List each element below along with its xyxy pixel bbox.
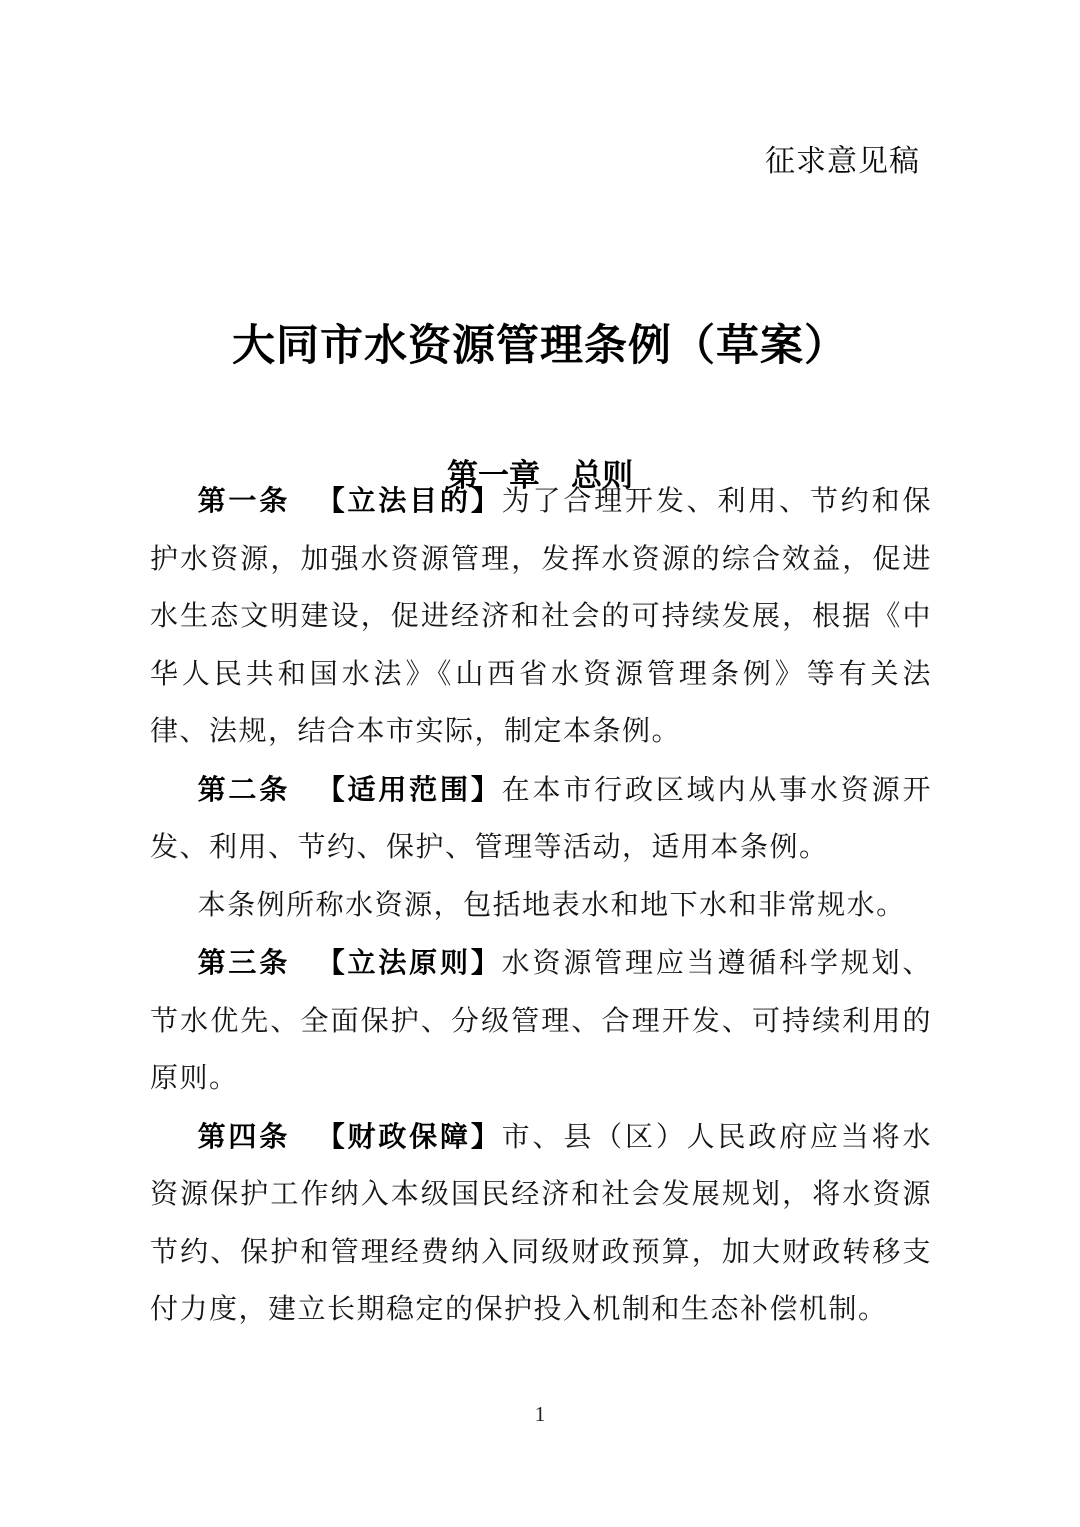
article-paragraph-3: 本条例所称水资源，包括地表水和地下水和非常规水。 (150, 877, 932, 935)
article-paragraph-4: 第三条【立法原则】水资源管理应当遵循科学规划、节水优先、全面保护、分级管理、合理… (150, 934, 932, 1108)
article-paragraph-5: 第四条【财政保障】市、县（区）人民政府应当将水资源保护工作纳入本级国民经济和社会… (150, 1108, 932, 1339)
article-subject: 【立法原则】 (317, 947, 502, 978)
article-paragraph-2: 第二条【适用范围】在本市行政区域内从事水资源开发、利用、节约、保护、管理等活动，… (150, 761, 932, 877)
article-subject: 【财政保障】 (317, 1121, 502, 1152)
document-page: 征求意见稿 大同市水资源管理条例（草案） 第一章 总则 第一条【立法目的】为了合… (0, 0, 1080, 1527)
document-body: 第一条【立法目的】为了合理开发、利用、节约和保护水资源，加强水资源管理，发挥水资… (150, 472, 932, 1339)
article-subject: 【适用范围】 (317, 774, 502, 805)
page-number: 1 (0, 1402, 1080, 1427)
article-text: 市、县（区）人民政府应当将水资源保护工作纳入本级国民经济和社会发展规划，将水资源… (150, 1122, 932, 1326)
article-number: 第四条 (198, 1121, 291, 1152)
article-number: 第三条 (198, 947, 291, 978)
document-title: 大同市水资源管理条例（草案） (0, 312, 1080, 373)
article-paragraph-1: 第一条【立法目的】为了合理开发、利用、节约和保护水资源，加强水资源管理，发挥水资… (150, 472, 932, 761)
draft-status-label: 征求意见稿 (765, 136, 920, 180)
article-number: 第二条 (198, 774, 291, 805)
article-number: 第一条 (198, 485, 291, 516)
article-text: 本条例所称水资源，包括地表水和地下水和非常规水。 (198, 890, 906, 921)
article-text: 为了合理开发、利用、节约和保护水资源，加强水资源管理，发挥水资源的综合效益，促进… (150, 486, 932, 747)
article-subject: 【立法目的】 (317, 485, 502, 516)
